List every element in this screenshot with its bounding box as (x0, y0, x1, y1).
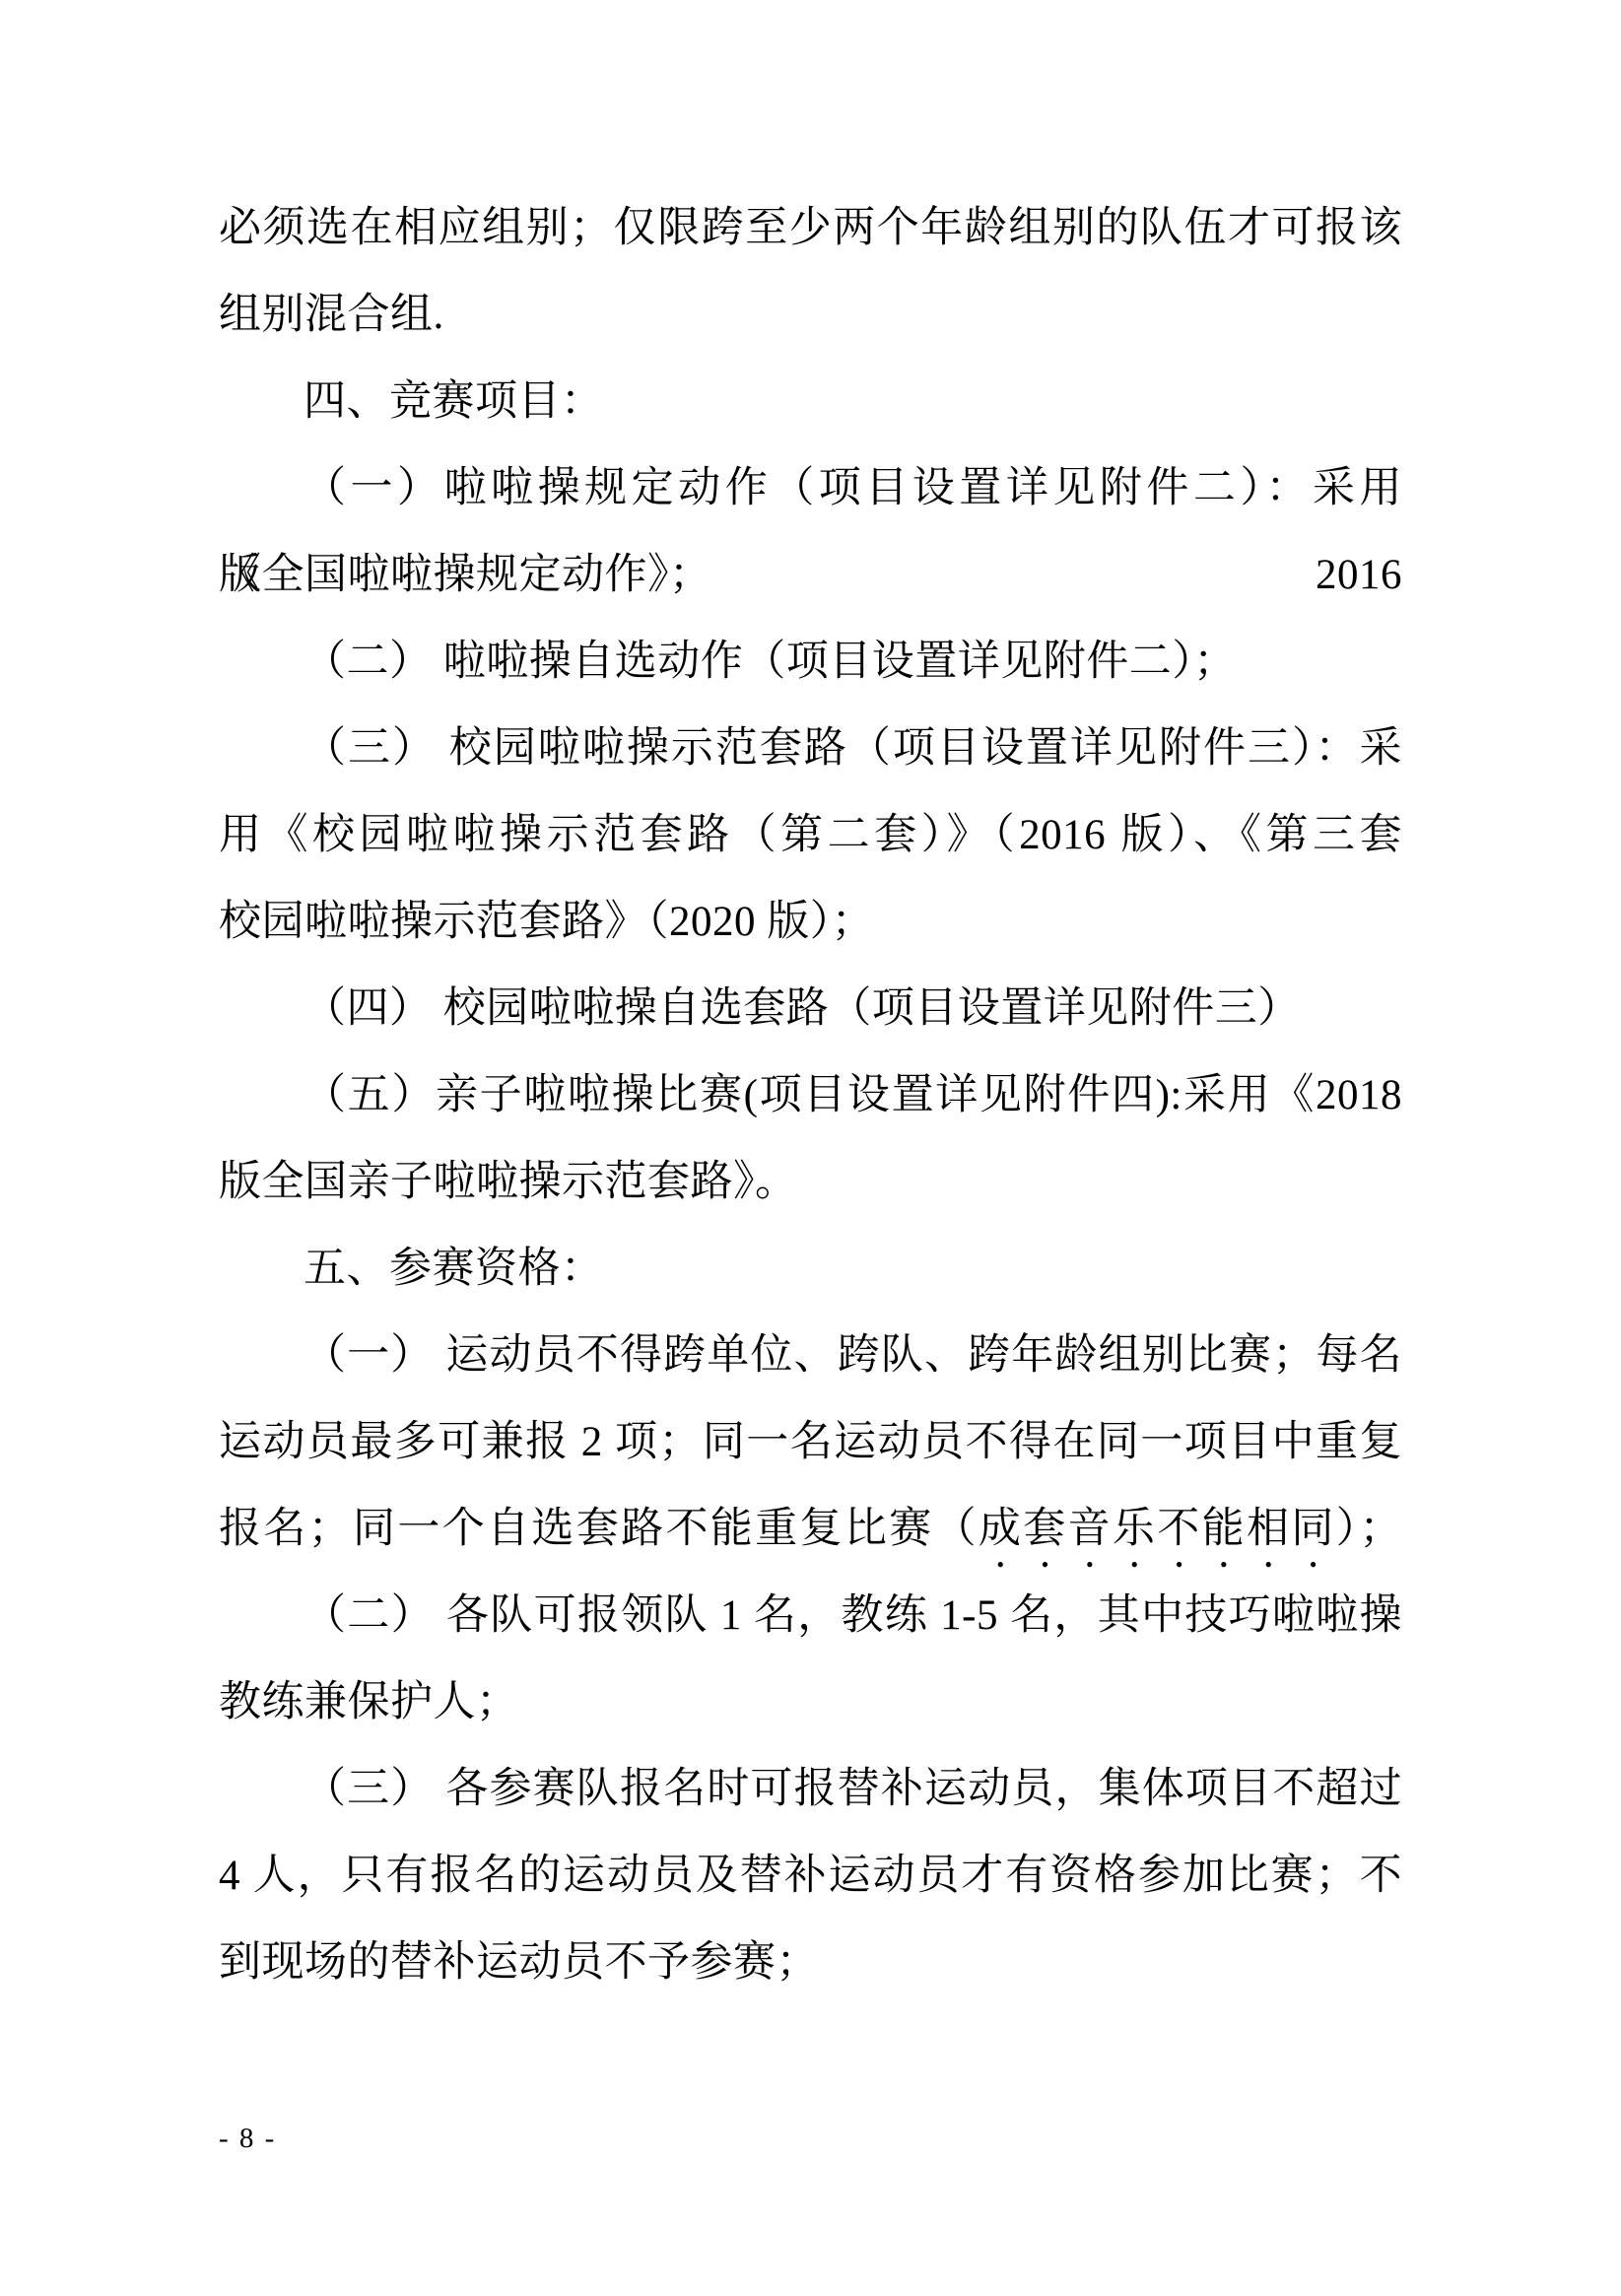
text-line: 五、参赛资格： (219, 1226, 1402, 1313)
text-line: 运动员最多可兼报 2 项；同一名运动员不得在同一项目中重复 (219, 1399, 1402, 1486)
text-line: （一） 运动员不得跨单位、跨队、跨年龄组别比赛；每名 (219, 1313, 1402, 1399)
text-line: 四、竞赛项目： (219, 359, 1402, 445)
text-line: 报名；同一个自选套路不能重复比赛（成套音乐不能相同）； (219, 1486, 1402, 1573)
text-line: （二） 各队可报领队 1 名，教练 1-5 名，其中技巧啦啦操 (219, 1573, 1402, 1659)
document-body: 必须选在相应组别；仅限跨至少两个年龄组别的队伍才可报该组别混合组.四、竞赛项目：… (219, 185, 1402, 2006)
text-line: 4 人，只有报名的运动员及替补运动员才有资格参加比赛；不 (219, 1833, 1402, 1920)
emphasized-text: （成套音乐不能相同） (934, 1506, 1360, 1552)
document-page: 必须选在相应组别；仅限跨至少两个年龄组别的队伍才可报该组别混合组.四、竞赛项目：… (0, 0, 1621, 2296)
text-line: （四） 校园啦啦操自选套路（项目设置详见附件三） (219, 966, 1402, 1052)
text-line: 组别混合组. (219, 272, 1402, 359)
text-line: 必须选在相应组别；仅限跨至少两个年龄组别的队伍才可报该 (219, 185, 1402, 272)
text-line: （二） 啦啦操自选动作（项目设置详见附件二）； (219, 619, 1402, 706)
text-segment: 报名；同一个自选套路不能重复比赛 (219, 1506, 934, 1552)
text-line: （三） 校园啦啦操示范套路（项目设置详见附件三）：采 (219, 706, 1402, 792)
text-line: 教练兼保护人； (219, 1659, 1402, 1746)
text-line: 版全国亲子啦啦操示范套路》。 (219, 1139, 1402, 1226)
text-line: （一）啦啦操规定动作（项目设置详见附件二）：采用《2016 (219, 445, 1402, 532)
text-line: （三） 各参赛队报名时可报替补运动员，集体项目不超过 (219, 1746, 1402, 1833)
text-line: 用《校园啦啦操示范套路（第二套）》（2016 版）、《第三套 (219, 792, 1402, 879)
text-segment: ； (1360, 1506, 1403, 1552)
page-number: - 8 - (219, 2119, 276, 2158)
text-line: 校园啦啦操示范套路》（2020 版）； (219, 879, 1402, 966)
text-line: （五）亲子啦啦操比赛(项目设置详见附件四):采用《2018 (219, 1052, 1402, 1139)
text-line: 到现场的替补运动员不予参赛； (219, 1920, 1402, 2006)
